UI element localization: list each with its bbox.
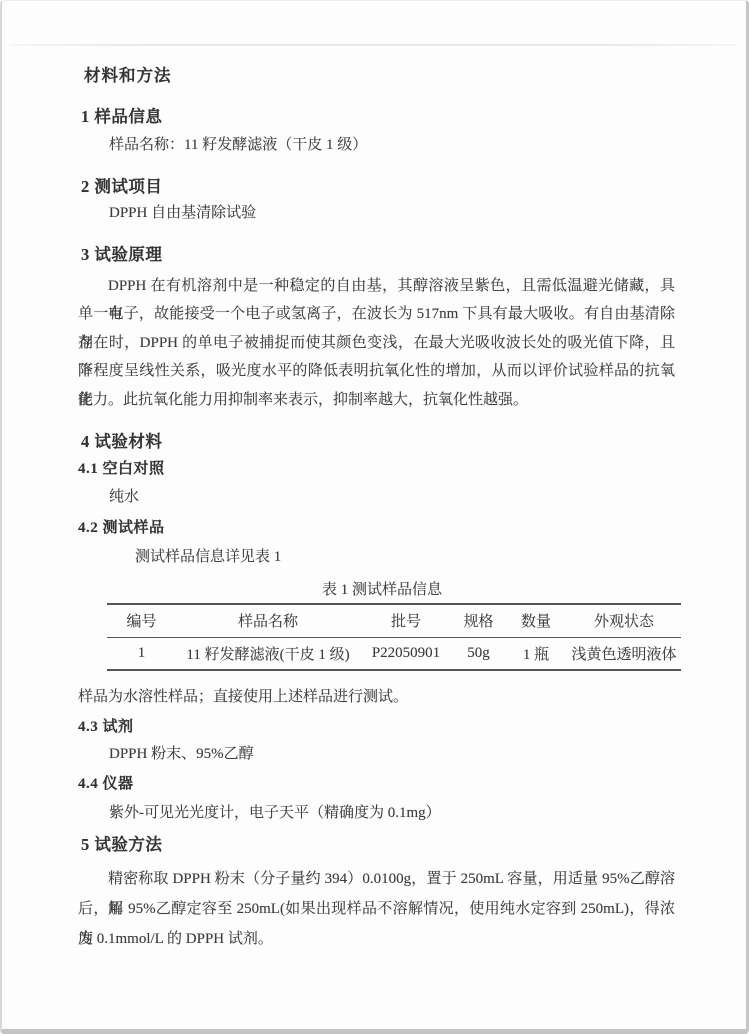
see-table-line: 测试样品信息详见表 1 (135, 546, 281, 568)
table-header-row: 编号 样品名称 批号 规格 数量 外观状态 (107, 604, 681, 637)
paragraph-line: 降程度呈线性关系，吸光度水平的降低表明抗氧化性的增加，从而以评价试验样品的抗氧化 (78, 357, 675, 385)
section-heading-3: 3 试验原理 (81, 241, 162, 265)
scan-fold-line (10, 44, 738, 46)
column-header: 规格 (452, 604, 505, 637)
table-caption: 表 1 测试样品信息 (107, 578, 657, 599)
test-item-line: DPPH 自由基清除试验 (109, 202, 256, 224)
paragraph-line: DPPH 在有机溶剂中是一种稳定的自由基，其醇溶液呈紫色，且需低温避光储藏，具有 (78, 272, 675, 300)
table-cell: 11 籽发酵滤液(干皮 1 级) (176, 637, 360, 670)
section-heading-4: 4 试验材料 (81, 428, 162, 452)
column-header: 批号 (360, 604, 452, 637)
column-header: 数量 (505, 604, 567, 637)
blank-control-line: 纯水 (109, 486, 139, 508)
section-heading-5: 5 试验方法 (81, 831, 162, 855)
table-row: 1 11 籽发酵滤液(干皮 1 级) P22050901 50g 1 瓶 浅黄色… (107, 637, 681, 670)
paragraph-line: 为 0.1mmol/L 的 DPPH 试剂。 (78, 924, 675, 954)
sample-note-line: 样品为水溶性样品；直接使用上述样品进行测试。 (78, 685, 408, 706)
table-cell: 50g (452, 637, 505, 670)
table-cell: P22050901 (360, 637, 452, 670)
instrument-line: 紫外-可见光光度计，电子天平（精确度为 0.1mg） (109, 802, 441, 824)
section-heading-4-2: 4.2 测试样品 (78, 516, 165, 537)
table-cell: 1 瓶 (505, 637, 567, 670)
section-heading-4-3: 4.3 试剂 (78, 715, 134, 736)
paragraph-line: 精密称取 DPPH 粉末（分子量约 394）0.0100g，置于 250mL 容… (78, 864, 675, 894)
principle-paragraph: DPPH 在有机溶剂中是一种稳定的自由基，其醇溶液呈紫色，且需低温避光储藏，具有… (78, 272, 675, 414)
section-heading-2: 2 测试项目 (81, 173, 162, 197)
paragraph-line: 存在时，DPPH 的单电子被捕捉而使其颜色变浅，在最大光吸收波长处的吸光值下降，… (78, 329, 675, 357)
table-cell: 浅黄色透明液体 (567, 637, 681, 670)
section-heading-4-4: 4.4 仪器 (78, 772, 134, 793)
section-heading-1: 1 样品信息 (81, 103, 162, 127)
sample-name-line: 样品名称：11 籽发酵滤液（干皮 1 级） (109, 134, 367, 156)
method-paragraph: 精密称取 DPPH 粉末（分子量约 394）0.0100g，置于 250mL 容… (78, 864, 675, 954)
sample-info-table: 编号 样品名称 批号 规格 数量 外观状态 1 11 籽发酵滤液(干皮 1 级)… (107, 603, 681, 671)
doc-title: 材料和方法 (84, 62, 172, 86)
scanned-document-page: 材料和方法 1 样品信息 样品名称：11 籽发酵滤液（干皮 1 级） 2 测试项… (0, 0, 749, 1034)
paragraph-line: 后，用 95%乙醇定容至 250mL(如果出现样品不溶解情况，使用纯水定容到 2… (78, 894, 675, 924)
paragraph-line: 单一电子，故能接受一个电子或氢离子，在波长为 517nm 下具有最大吸收。有自由… (78, 300, 675, 328)
section-heading-4-1: 4.1 空白对照 (78, 457, 165, 478)
column-header: 编号 (107, 604, 176, 637)
paragraph-line: 能力。此抗氧化能力用抑制率来表示，抑制率越大，抗氧化性越强。 (78, 386, 675, 414)
column-header: 样品名称 (176, 604, 360, 637)
table-cell: 1 (107, 637, 176, 670)
column-header: 外观状态 (567, 604, 681, 637)
reagent-line: DPPH 粉末、95%乙醇 (109, 743, 254, 765)
